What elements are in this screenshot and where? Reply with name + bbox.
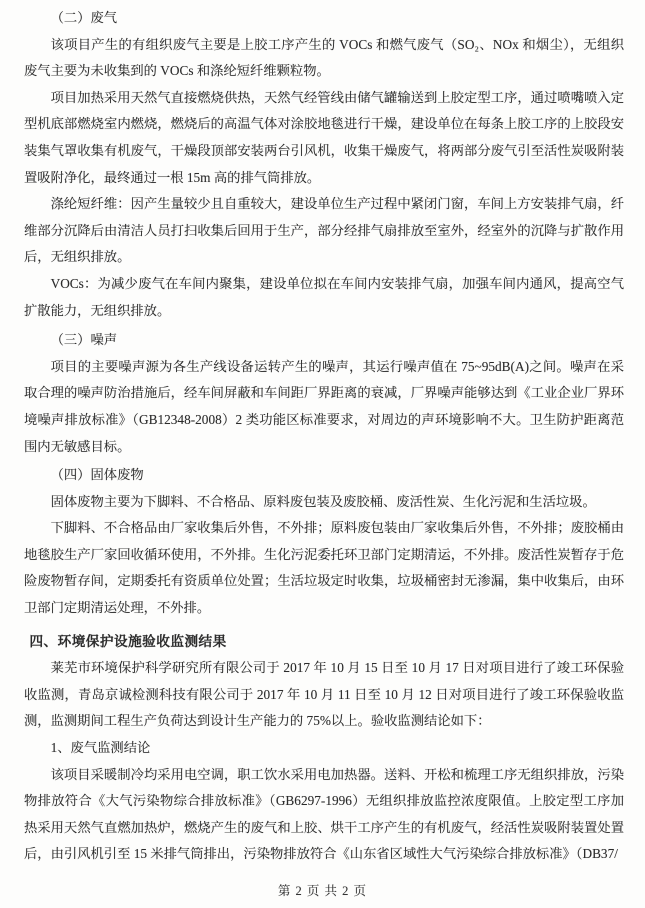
section-heading-waste-gas: （二）废气 — [24, 5, 624, 32]
paragraph-solid-waste-disposal: 下脚料、不合格品由厂家收集后外售，不外排；原料废包装由厂家收集后外售，不外排；废… — [24, 515, 624, 621]
paragraph-organized-waste-gas: 该项目产生的有组织废气主要是上胶工序产生的 VOCs 和燃气废气（SO₂、NOx… — [24, 32, 624, 85]
document-page: （二）废气 该项目产生的有组织废气主要是上胶工序产生的 VOCs 和燃气废气（S… — [0, 0, 645, 908]
paragraph-waste-gas-conclusion: 该项目采暖制冷均采用电空调，职工饮水采用电加热器。送料、开松和梳理工序无组织排放… — [24, 762, 624, 868]
paragraph-noise-sources: 项目的主要噪声源为各生产线设备运转产生的噪声，其运行噪声值在 75~95dB(A… — [24, 354, 624, 460]
document-body: （二）废气 该项目产生的有组织废气主要是上胶工序产生的 VOCs 和燃气废气（S… — [24, 5, 624, 868]
page-number-footer: 第 2 页 共 2 页 — [0, 881, 645, 899]
paragraph-solid-waste-types: 固体废物主要为下脚料、不合格品、原料废包装及废胶桶、废活性炭、生化污泥和生活垃圾… — [24, 489, 624, 516]
chapter-heading-acceptance-monitoring-results: 四、环境保护设施验收监测结果 — [24, 629, 624, 656]
paragraph-vocs-measures: VOCs：为减少废气在车间内聚集，建设单位拟在车间内安装排气扇，加强车间内通风，… — [24, 271, 624, 324]
paragraph-monitoring-agencies: 莱芜市环境保护科学研究所有限公司于 2017 年 10 月 15 日至 10 月… — [24, 655, 624, 735]
section-heading-solid-waste: （四）固体废物 — [24, 462, 624, 489]
paragraph-polyester-fiber: 涤纶短纤维：因产生量较少且自重较大，建设单位生产过程中紧闭门窗，车间上方安装排气… — [24, 191, 624, 271]
paragraph-natural-gas-heating: 项目加热采用天然气直接燃烧供热，天然气经管线由储气罐输送到上胶定型工序，通过喷嘴… — [24, 85, 624, 191]
section-heading-noise: （三）噪声 — [24, 327, 624, 354]
subsection-heading-waste-gas-conclusion: 1、废气监测结论 — [24, 735, 624, 762]
